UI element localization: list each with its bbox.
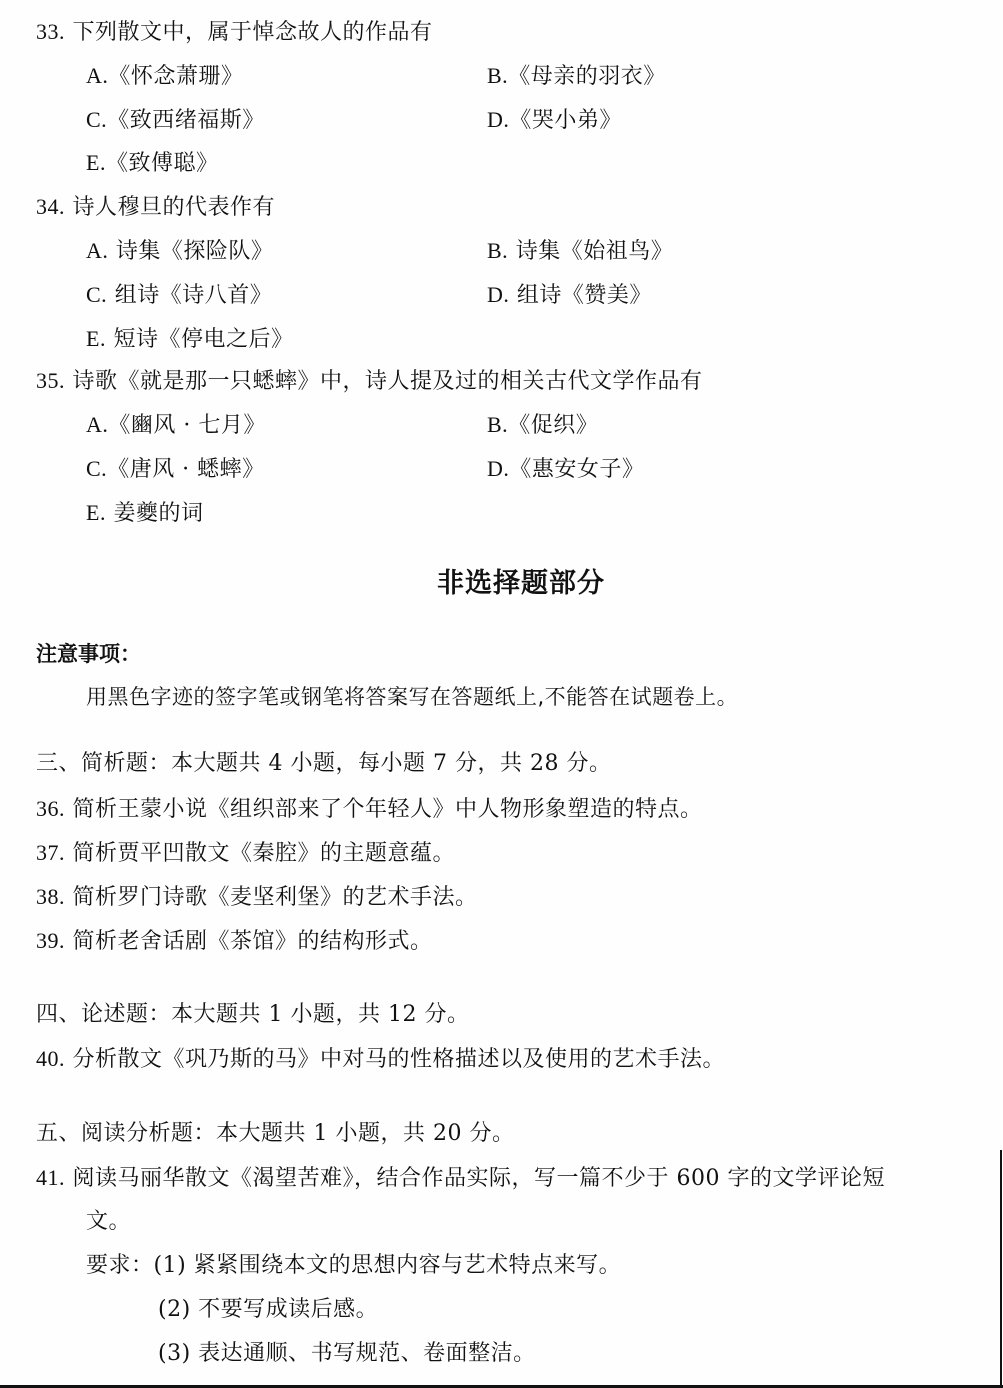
option-text: 《唐风 · 蟋蟀》 (107, 457, 264, 482)
question-34-stem: 34. 诗人穆旦的代表作有 (36, 193, 275, 222)
option-letter: A. (86, 238, 108, 263)
question-33-stem: 33. 下列散文中，属于悼念故人的作品有 (36, 18, 433, 47)
option-text: 《怀念萧珊》 (108, 64, 243, 89)
question-number: 38. (36, 883, 65, 911)
requirement-text: (1) 紧紧围绕本文的思想内容与艺术特点来写。 (154, 1253, 622, 1278)
option-33-c: C.《致西绪福斯》 (86, 106, 265, 135)
option-letter: B. (487, 63, 508, 88)
requirement-3: (3) 表达通顺、书写规范、卷面整洁。 (158, 1340, 536, 1368)
option-34-e: E. 短诗《停电之后》 (86, 325, 293, 354)
notice-body: 用黑色字迹的签字笔或钢笔将答案写在答题纸上,不能答在试题卷上。 (86, 683, 738, 711)
section-4-heading: 四、论述题：本大题共 1 小题，共 12 分。 (36, 1001, 469, 1029)
option-letter: B. (487, 412, 508, 437)
option-text: 《哭小弟》 (509, 108, 622, 133)
notice-heading: 注意事项： (36, 640, 141, 668)
option-33-e: E.《致傅聪》 (86, 149, 218, 178)
question-38: 38. 简析罗门诗歌《麦坚利堡》的艺术手法。 (36, 883, 478, 912)
question-text: 诗人穆旦的代表作有 (73, 195, 276, 220)
question-text: 下列散文中，属于悼念故人的作品有 (73, 20, 433, 45)
option-34-b: B. 诗集《始祖鸟》 (487, 237, 673, 266)
option-text: 《豳风 · 七月》 (108, 413, 265, 438)
option-letter: C. (86, 282, 107, 307)
option-text: 诗集《始祖鸟》 (516, 239, 674, 264)
option-text: 《母亲的羽衣》 (508, 64, 666, 89)
option-33-a: A.《怀念萧珊》 (86, 62, 243, 91)
option-letter: E. (86, 326, 106, 351)
option-text: 短诗《停电之后》 (113, 327, 293, 352)
option-letter: B. (487, 238, 508, 263)
section-5-heading: 五、阅读分析题：本大题共 1 小题，共 20 分。 (36, 1120, 514, 1148)
option-34-c: C. 组诗《诗八首》 (86, 281, 272, 310)
option-35-b: B.《促织》 (487, 411, 598, 440)
right-border-rule (1000, 1150, 1002, 1388)
question-number: 40. (36, 1045, 65, 1073)
option-letter: E. (86, 150, 106, 175)
question-text: 阅读马丽华散文《渴望苦难》，结合作品实际，写一篇不少于 600 字的文学评论短 (73, 1166, 885, 1191)
option-letter: A. (86, 63, 108, 88)
option-text: 姜夔的词 (113, 501, 203, 526)
option-letter: A. (86, 412, 108, 437)
question-37: 37. 简析贾平凹散文《秦腔》的主题意蕴。 (36, 839, 455, 868)
question-number: 36. (36, 795, 65, 823)
requirement-2: (2) 不要写成读后感。 (158, 1296, 378, 1324)
option-34-d: D. 组诗《赞美》 (487, 281, 652, 310)
option-35-a: A.《豳风 · 七月》 (86, 411, 266, 440)
question-36: 36. 简析王蒙小说《组织部来了个年轻人》中人物形象塑造的特点。 (36, 795, 703, 824)
question-41-line2: 文。 (86, 1208, 131, 1236)
requirement-1: 要求：(1) 紧紧围绕本文的思想内容与艺术特点来写。 (86, 1252, 621, 1280)
question-41-line1: 41. 阅读马丽华散文《渴望苦难》，结合作品实际，写一篇不少于 600 字的文学… (36, 1164, 885, 1193)
option-letter: C. (86, 107, 107, 132)
requirements-label: 要求： (86, 1253, 154, 1278)
question-text: 简析罗门诗歌《麦坚利堡》的艺术手法。 (73, 885, 478, 910)
option-letter: D. (487, 456, 509, 481)
option-text: 《惠安女子》 (509, 457, 644, 482)
option-35-d: D.《惠安女子》 (487, 455, 644, 484)
option-letter: D. (487, 107, 509, 132)
question-39: 39. 简析老舍话剧《茶馆》的结构形式。 (36, 927, 433, 956)
question-35-stem: 35. 诗歌《就是那一只蟋蟀》中，诗人提及过的相关古代文学作品有 (36, 367, 703, 396)
option-33-b: B.《母亲的羽衣》 (487, 62, 666, 91)
question-text: 诗歌《就是那一只蟋蟀》中，诗人提及过的相关古代文学作品有 (73, 369, 703, 394)
option-letter: D. (487, 282, 509, 307)
option-letter: C. (86, 456, 107, 481)
question-number: 41. (36, 1164, 65, 1192)
question-text: 简析贾平凹散文《秦腔》的主题意蕴。 (73, 841, 456, 866)
option-text: 《致西绪福斯》 (107, 108, 265, 133)
option-text: 《促织》 (508, 413, 598, 438)
option-34-a: A. 诗集《探险队》 (86, 237, 273, 266)
option-text: 《致傅聪》 (106, 151, 219, 176)
option-35-e: E. 姜夔的词 (86, 499, 203, 528)
question-text: 简析王蒙小说《组织部来了个年轻人》中人物形象塑造的特点。 (73, 797, 703, 822)
exam-page: 33. 下列散文中，属于悼念故人的作品有 A.《怀念萧珊》 B.《母亲的羽衣》 … (0, 0, 1003, 1388)
option-text: 组诗《诗八首》 (115, 283, 273, 308)
question-number: 39. (36, 927, 65, 955)
option-text: 诗集《探险队》 (116, 239, 274, 264)
question-text: 简析老舍话剧《茶馆》的结构形式。 (73, 929, 433, 954)
question-number: 33. (36, 18, 65, 46)
question-number: 34. (36, 193, 65, 221)
option-text: 组诗《赞美》 (517, 283, 652, 308)
section-3-heading: 三、简析题：本大题共 4 小题，每小题 7 分，共 28 分。 (36, 750, 611, 778)
question-number: 35. (36, 367, 65, 395)
question-text: 分析散文《巩乃斯的马》中对马的性格描述以及使用的艺术手法。 (73, 1047, 726, 1072)
option-33-d: D.《哭小弟》 (487, 106, 622, 135)
option-35-c: C.《唐风 · 蟋蟀》 (86, 455, 265, 484)
question-number: 37. (36, 839, 65, 867)
question-40: 40. 分析散文《巩乃斯的马》中对马的性格描述以及使用的艺术手法。 (36, 1045, 725, 1074)
part-title: 非选择题部分 (437, 567, 605, 601)
option-letter: E. (86, 500, 106, 525)
